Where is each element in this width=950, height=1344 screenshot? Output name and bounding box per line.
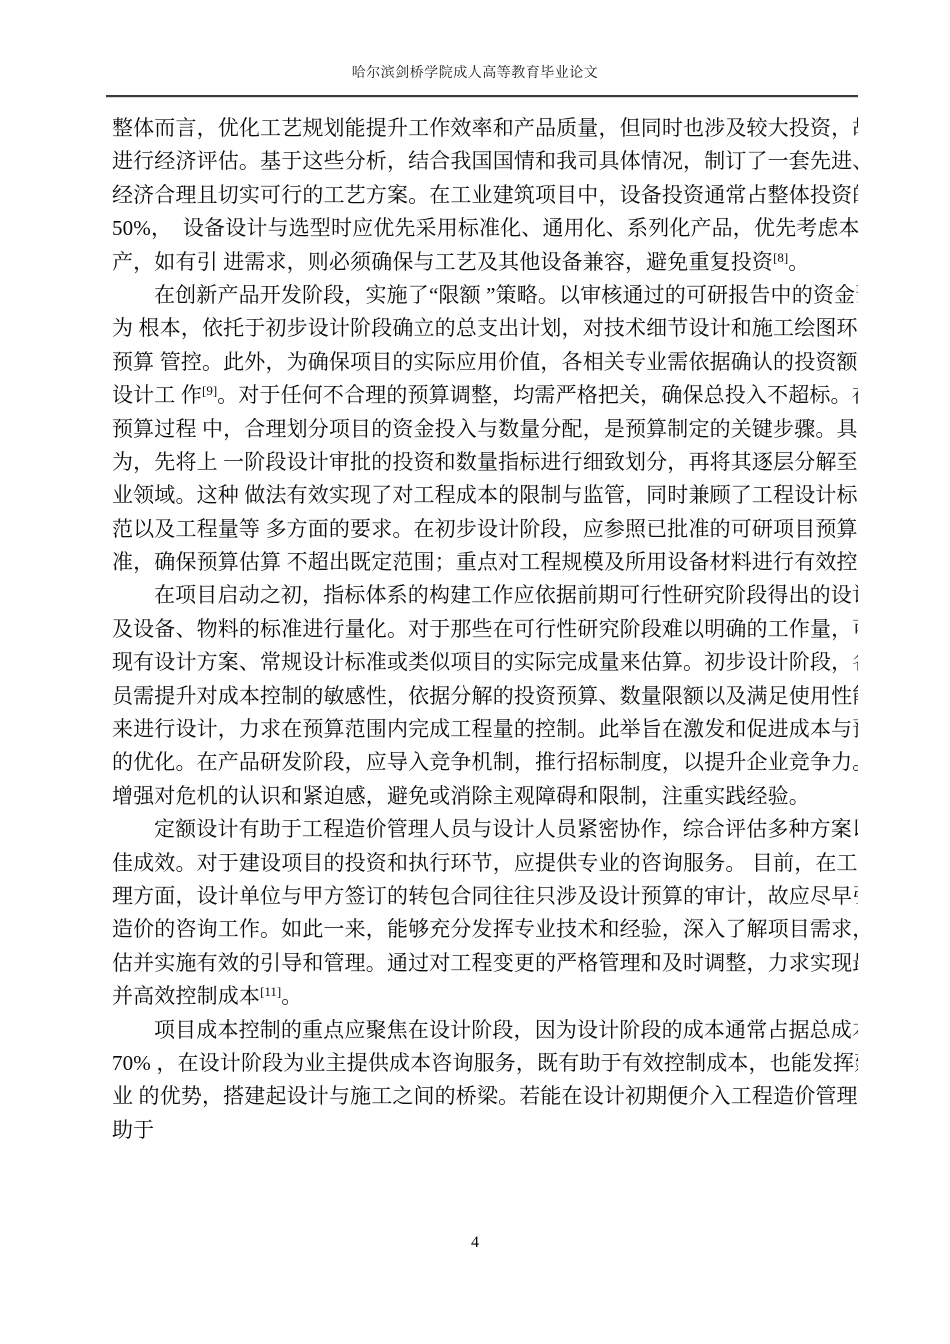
text-segment: 。 bbox=[281, 984, 302, 1008]
body-text-line: 范以及工程量等 多方面的要求。在初步设计阶段，应参照已批准的可研项目预算作为基 bbox=[112, 513, 858, 546]
text-segment: 来进行设计，力求在预算范围内完成工程量的控制。此举旨在激发和促进成本与预算管理 bbox=[112, 717, 858, 741]
paragraph: 项目成本控制的重点应聚焦在设计阶段，因为设计阶段的成本通常占据总成本的约70% … bbox=[112, 1014, 858, 1148]
body-text-line: 项目成本控制的重点应聚焦在设计阶段，因为设计阶段的成本通常占据总成本的约 bbox=[112, 1014, 858, 1047]
body-text-line: 的优化。在产品研发阶段，应导入竞争机制，推行招标制度，以提升企业竞争力。同时， bbox=[112, 746, 858, 779]
text-segment: 业领域。这种 做法有效实现了对工程成本的限制与监管，同时兼顾了工程设计标准、规 bbox=[112, 483, 858, 507]
body-text-line: 及设备、物料的标准进行量化。对于那些在可行性研究阶段难以明确的工作量，可以借鉴 bbox=[112, 613, 858, 646]
text-segment: 为 根本，依托于初步设计阶段确立的总支出计划，对技术细节设计和施工绘图环节实施 bbox=[112, 316, 858, 340]
text-segment: 。 bbox=[788, 250, 809, 274]
footnote-reference: [9] bbox=[202, 384, 217, 397]
text-segment: 造价的咨询工作。如此一来，能够充分发挥专业技术和经验，深入了解项目需求，进行评 bbox=[112, 917, 858, 941]
text-segment: 估并实施有效的引导和管理。通过对工程变更的严格管理和及时调整，力求实现最优方案， bbox=[112, 951, 858, 975]
header-rule-divider bbox=[106, 95, 858, 98]
body-text-line: 进行经济评估。基于这些分析，结合我国国情和我司具体情况，制订了一套先进、适用、 bbox=[112, 145, 858, 178]
page-header-title: 哈尔滨剑桥学院成人高等教育毕业论文 bbox=[0, 62, 950, 82]
text-segment: 。对于任何不合理的预算调整，均需严格把关，确保总投入不超标。在编制 bbox=[217, 383, 858, 407]
text-segment: 项目成本控制的重点应聚焦在设计阶段，因为设计阶段的成本通常占据总成本的约 bbox=[154, 1018, 858, 1042]
body-text-line: 造价的咨询工作。如此一来，能够充分发挥专业技术和经验，深入了解项目需求，进行评 bbox=[112, 913, 858, 946]
body-text-line: 预算 管控。此外，为确保项目的实际应用价值，各相关专业需依据确认的投资额度开展 bbox=[112, 346, 858, 379]
text-segment: 及设备、物料的标准进行量化。对于那些在可行性研究阶段难以明确的工作量，可以借鉴 bbox=[112, 617, 858, 641]
text-segment: 准，确保预算估算 不超出既定范围；重点对工程规模及所用设备材料进行有效控制 bbox=[112, 550, 858, 574]
text-segment: 业 的优势，搭建起设计与施工之间的桥梁。若能在设计初期便介入工程造价管理，将有 bbox=[112, 1084, 858, 1108]
text-segment: 定额设计有助于工程造价管理人员与设计人员紧密协作，综合评估多种方案以获取最 bbox=[154, 817, 858, 841]
body-text-line: 整体而言，优化工艺规划能提升工作效率和产品质量，但同时也涉及较大投资，故需慎重 bbox=[112, 112, 858, 145]
body-text-line: 产，如有引 进需求，则必须确保与工艺及其他设备兼容，避免重复投资[8]。 bbox=[112, 246, 858, 279]
body-text-line: 为，先将上 一阶段设计审批的投资和数量指标进行细致划分，再将其逐层分解至各个专 bbox=[112, 446, 858, 479]
text-segment: 增强对危机的认识和紧迫感，避免或消除主观障碍和限制，注重实践经验。 bbox=[112, 784, 810, 808]
footnote-reference: [11] bbox=[260, 985, 281, 998]
text-segment: 的优化。在产品研发阶段，应导入竞争机制，推行招标制度，以提升企业竞争力。同时， bbox=[112, 750, 858, 774]
paragraph: 在项目启动之初，指标体系的构建工作应依据前期可行性研究阶段得出的设计工作量及设备… bbox=[112, 579, 858, 813]
document-body: 整体而言，优化工艺规划能提升工作效率和产品质量，但同时也涉及较大投资，故需慎重进… bbox=[112, 112, 858, 1147]
paragraph: 定额设计有助于工程造价管理人员与设计人员紧密协作，综合评估多种方案以获取最佳成效… bbox=[112, 813, 858, 1013]
text-segment: 70% ，在设计阶段为业主提供成本咨询服务，既有助于有效控制成本，也能发挥建 设… bbox=[112, 1051, 858, 1075]
text-segment: 助于 bbox=[112, 1118, 154, 1142]
text-segment: 整体而言，优化工艺规划能提升工作效率和产品质量，但同时也涉及较大投资，故需慎重 bbox=[112, 116, 858, 140]
body-text-line: 设计工 作[9]。对于任何不合理的预算调整，均需严格把关，确保总投入不超标。在编… bbox=[112, 379, 858, 412]
page-number: 4 bbox=[0, 1234, 950, 1252]
text-segment: 现有设计方案、常规设计标准或类似项目的实际完成量来估算。初步设计阶段，各专业人 bbox=[112, 650, 858, 674]
text-segment: 进行经济评估。基于这些分析，结合我国国情和我司具体情况，制订了一套先进、适用、 bbox=[112, 149, 858, 173]
text-segment: 并高效控制成本 bbox=[112, 984, 260, 1008]
body-text-line: 在创新产品开发阶段，实施了“限额 ”策略。以审核通过的可研报告中的资金预算 bbox=[112, 279, 858, 312]
body-text-line: 50%， 设备设计与选型时应优先采用标准化、通用化、系列化产品，优先考虑本地生 bbox=[112, 212, 858, 245]
paragraph: 在创新产品开发阶段，实施了“限额 ”策略。以审核通过的可研报告中的资金预算为 根… bbox=[112, 279, 858, 580]
text-segment: 理方面，设计单位与甲方签订的转包合同往往只涉及设计预算的审计，故应尽早引入工程 bbox=[112, 884, 858, 908]
text-segment: 在创新产品开发阶段，实施了“限额 ”策略。以审核通过的可研报告中的资金预算 bbox=[154, 283, 858, 307]
body-text-line: 在项目启动之初，指标体系的构建工作应依据前期可行性研究阶段得出的设计工作量 bbox=[112, 579, 858, 612]
body-text-line: 定额设计有助于工程造价管理人员与设计人员紧密协作，综合评估多种方案以获取最 bbox=[112, 813, 858, 846]
body-text-line: 并高效控制成本[11]。 bbox=[112, 980, 858, 1013]
body-text-line: 增强对危机的认识和紧迫感，避免或消除主观障碍和限制，注重实践经验。 bbox=[112, 780, 858, 813]
text-segment: 预算 管控。此外，为确保项目的实际应用价值，各相关专业需依据确认的投资额度开展 bbox=[112, 350, 858, 374]
body-text-line: 业 的优势，搭建起设计与施工之间的桥梁。若能在设计初期便介入工程造价管理，将有 bbox=[112, 1080, 858, 1113]
body-text-line: 70% ，在设计阶段为业主提供成本咨询服务，既有助于有效控制成本，也能发挥建 设… bbox=[112, 1047, 858, 1080]
text-segment: 范以及工程量等 多方面的要求。在初步设计阶段，应参照已批准的可研项目预算作为基 bbox=[112, 517, 858, 541]
body-text-line: 准，确保预算估算 不超出既定范围；重点对工程规模及所用设备材料进行有效控制[10… bbox=[112, 546, 858, 579]
body-text-line: 业领域。这种 做法有效实现了对工程成本的限制与监管，同时兼顾了工程设计标准、规 bbox=[112, 479, 858, 512]
body-text-line: 员需提升对成本控制的敏感性，依据分解的投资预算、数量限额以及满足使用性能的要求 bbox=[112, 680, 858, 713]
text-segment: 预算过程 中，合理划分项目的资金投入与数量分配，是预算制定的关键步骤。具体操作 bbox=[112, 417, 858, 441]
footnote-reference: [8] bbox=[773, 251, 788, 264]
text-segment: 员需提升对成本控制的敏感性，依据分解的投资预算、数量限额以及满足使用性能的要求 bbox=[112, 684, 858, 708]
text-segment: 佳成效。对于建设项目的投资和执行环节，应提供专业的咨询服务。 目前，在工程造价管 bbox=[112, 851, 858, 875]
body-text-line: 理方面，设计单位与甲方签订的转包合同往往只涉及设计预算的审计，故应尽早引入工程 bbox=[112, 880, 858, 913]
text-segment: 设计工 作 bbox=[112, 383, 202, 407]
text-segment: 为，先将上 一阶段设计审批的投资和数量指标进行细致划分，再将其逐层分解至各个专 bbox=[112, 450, 858, 474]
text-segment: 产，如有引 进需求，则必须确保与工艺及其他设备兼容，避免重复投资 bbox=[112, 250, 773, 274]
body-text-line: 估并实施有效的引导和管理。通过对工程变更的严格管理和及时调整，力求实现最优方案， bbox=[112, 947, 858, 980]
text-segment: 50%， 设备设计与选型时应优先采用标准化、通用化、系列化产品，优先考虑本地生 bbox=[112, 216, 858, 240]
body-text-line: 为 根本，依托于初步设计阶段确立的总支出计划，对技术细节设计和施工绘图环节实施 bbox=[112, 312, 858, 345]
body-text-line: 预算过程 中，合理划分项目的资金投入与数量分配，是预算制定的关键步骤。具体操作 bbox=[112, 413, 858, 446]
text-segment: 在项目启动之初，指标体系的构建工作应依据前期可行性研究阶段得出的设计工作量 bbox=[154, 583, 858, 607]
body-text-line: 现有设计方案、常规设计标准或类似项目的实际完成量来估算。初步设计阶段，各专业人 bbox=[112, 646, 858, 679]
paragraph: 整体而言，优化工艺规划能提升工作效率和产品质量，但同时也涉及较大投资，故需慎重进… bbox=[112, 112, 858, 279]
body-text-line: 佳成效。对于建设项目的投资和执行环节，应提供专业的咨询服务。 目前，在工程造价管 bbox=[112, 847, 858, 880]
text-segment: 经济合理且切实可行的工艺方案。在工业建筑项目中，设备投资通常占整体投资的 40- bbox=[112, 183, 858, 207]
body-text-line: 来进行设计，力求在预算范围内完成工程量的控制。此举旨在激发和促进成本与预算管理 bbox=[112, 713, 858, 746]
document-page: 哈尔滨剑桥学院成人高等教育毕业论文 整体而言，优化工艺规划能提升工作效率和产品质… bbox=[0, 0, 950, 1344]
body-text-line: 经济合理且切实可行的工艺方案。在工业建筑项目中，设备投资通常占整体投资的 40- bbox=[112, 179, 858, 212]
body-text-line: 助于 bbox=[112, 1114, 858, 1147]
